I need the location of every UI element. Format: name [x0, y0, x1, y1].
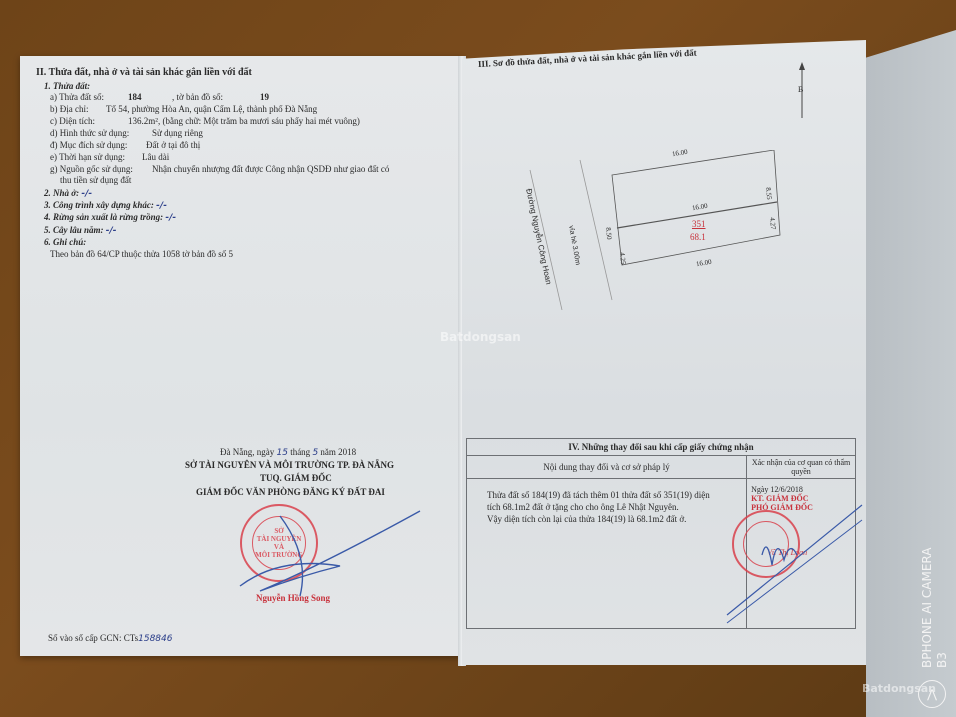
item-house: 2. Nhà ở: -/-	[44, 189, 92, 199]
right-page: III. Sơ đồ thửa đất, nhà ở và tài sản kh…	[462, 40, 866, 665]
change-line-3: Vậy diện tích còn lại của thửa 184(19) l…	[487, 513, 742, 525]
note-heading: 6. Ghi chú:	[44, 238, 86, 247]
signing-month-label: tháng	[290, 447, 310, 457]
area-value: 136.2m², (bằng chữ: Một trăm ba mươi sáu…	[128, 117, 360, 126]
signing-on-behalf: TUQ. GIÁM ĐỐC	[260, 474, 332, 483]
north-label: B	[798, 86, 803, 94]
signing-place-prefix: Đà Nẵng, ngày	[220, 447, 274, 457]
left-bottom-dim: 4.25	[618, 252, 626, 265]
signing-year: năm 2018	[320, 447, 356, 457]
usage-form-value: Sử dụng riêng	[152, 129, 203, 138]
signer-name: Nguyễn Hồng Song	[256, 594, 330, 603]
parcel-label: a) Thửa đất số:	[50, 93, 104, 102]
item-forest: 4. Rừng sản xuất là rừng trồng: -/-	[44, 213, 176, 223]
left-top-dim: 8.50	[604, 227, 612, 240]
item-other-construction: 3. Công trình xây dựng khác: -/-	[44, 201, 167, 211]
origin-line-1: Nhận chuyển nhượng đất được Công nhận QS…	[152, 165, 389, 174]
map-sheet-number: 19	[260, 93, 269, 102]
registry-label: Số vào sổ cấp GCN: CTs	[48, 633, 138, 643]
registry-number: Số vào sổ cấp GCN: CTs158846	[48, 634, 172, 644]
parcel-diagram	[522, 150, 802, 310]
right-top-dim: 8.55	[764, 187, 772, 200]
land-heading: 1. Thửa đất:	[44, 82, 90, 91]
area-label: c) Diện tích:	[50, 117, 95, 126]
address-value: Tổ 54, phường Hòa An, quận Cẩm Lệ, thành…	[106, 105, 317, 114]
changes-title: IV. Những thay đổi sau khi cấp giấy chứn…	[467, 439, 856, 456]
item-forest-label: 4. Rừng sản xuất là rừng trồng:	[44, 212, 163, 222]
map-sheet-label: , tờ bản đồ số:	[172, 93, 223, 102]
signing-day: 15	[276, 448, 287, 458]
col-confirm-header: Xác nhận của cơ quan có thẩm quyền	[747, 456, 856, 479]
watermark-brand: Batdongsan	[440, 330, 521, 344]
item-forest-value: -/-	[165, 213, 176, 223]
purpose-value: Đất ở tại đô thị	[146, 141, 200, 150]
camera-logo-icon: ⋀	[918, 680, 946, 708]
section-ii-title: II. Thửa đất, nhà ở và tài sản khác gắn …	[36, 68, 252, 78]
item-house-value: -/-	[81, 189, 92, 199]
signing-month: 5	[312, 448, 318, 458]
signing-date: Đà Nẵng, ngày 15 tháng 5 năm 2018	[220, 448, 356, 458]
item-perennial-trees-value: -/-	[106, 226, 117, 236]
origin-label: g) Nguồn gốc sử dụng:	[50, 165, 133, 174]
change-content: Thửa đất số 184(19) đã tách thêm 01 thửa…	[467, 479, 747, 629]
note-text: Theo bản đồ 64/CP thuộc thửa 1058 tờ bản…	[50, 250, 233, 259]
usage-form-label: d) Hình thức sử dụng:	[50, 129, 129, 138]
item-perennial-trees-label: 5. Cây lâu năm:	[44, 225, 104, 235]
item-other-construction-value: -/-	[156, 201, 167, 211]
item-perennial-trees: 5. Cây lâu năm: -/-	[44, 226, 117, 236]
section-iii-title: III. Sơ đồ thửa đất, nhà ở và tài sản kh…	[478, 49, 697, 69]
left-page: II. Thửa đất, nhà ở và tài sản khác gắn …	[20, 56, 462, 656]
confirm-date: Ngày 12/6/2018	[751, 485, 851, 494]
term-label: e) Thời hạn sử dụng:	[50, 153, 125, 162]
registry-value: 158846	[138, 634, 172, 644]
address-label: b) Địa chỉ:	[50, 105, 89, 114]
signing-org: SỞ TÀI NGUYÊN VÀ MÔI TRƯỜNG TP. ĐÀ NẴNG	[185, 461, 394, 470]
origin-line-2: thu tiền sử dụng đất	[60, 176, 131, 185]
signature-crossline-icon	[722, 495, 867, 625]
camera-label-line-1: BPHONE AI CAMERA	[920, 548, 934, 668]
parcel-id: 351	[692, 220, 706, 229]
item-house-label: 2. Nhà ở:	[44, 188, 79, 198]
camera-label-line-2: B3	[935, 652, 949, 668]
watermark-center: Batdongsan	[440, 330, 521, 344]
parcel-area: 68.1	[690, 233, 706, 242]
parcel-number: 184	[128, 93, 142, 102]
change-line-2: tích 68.1m2 đất ở tặng cho cho ông Lê Nh…	[487, 501, 742, 513]
right-bottom-dim: 4.27	[768, 217, 776, 230]
back-page	[866, 30, 956, 717]
item-other-construction-label: 3. Công trình xây dựng khác:	[44, 200, 154, 210]
term-value: Lâu dài	[142, 153, 169, 162]
col-content-header: Nội dung thay đổi và cơ sở pháp lý	[467, 456, 747, 479]
purpose-label: đ) Mục đích sử dụng:	[50, 141, 127, 150]
signature-icon	[220, 496, 440, 596]
change-line-1: Thửa đất số 184(19) đã tách thêm 01 thửa…	[487, 489, 742, 501]
